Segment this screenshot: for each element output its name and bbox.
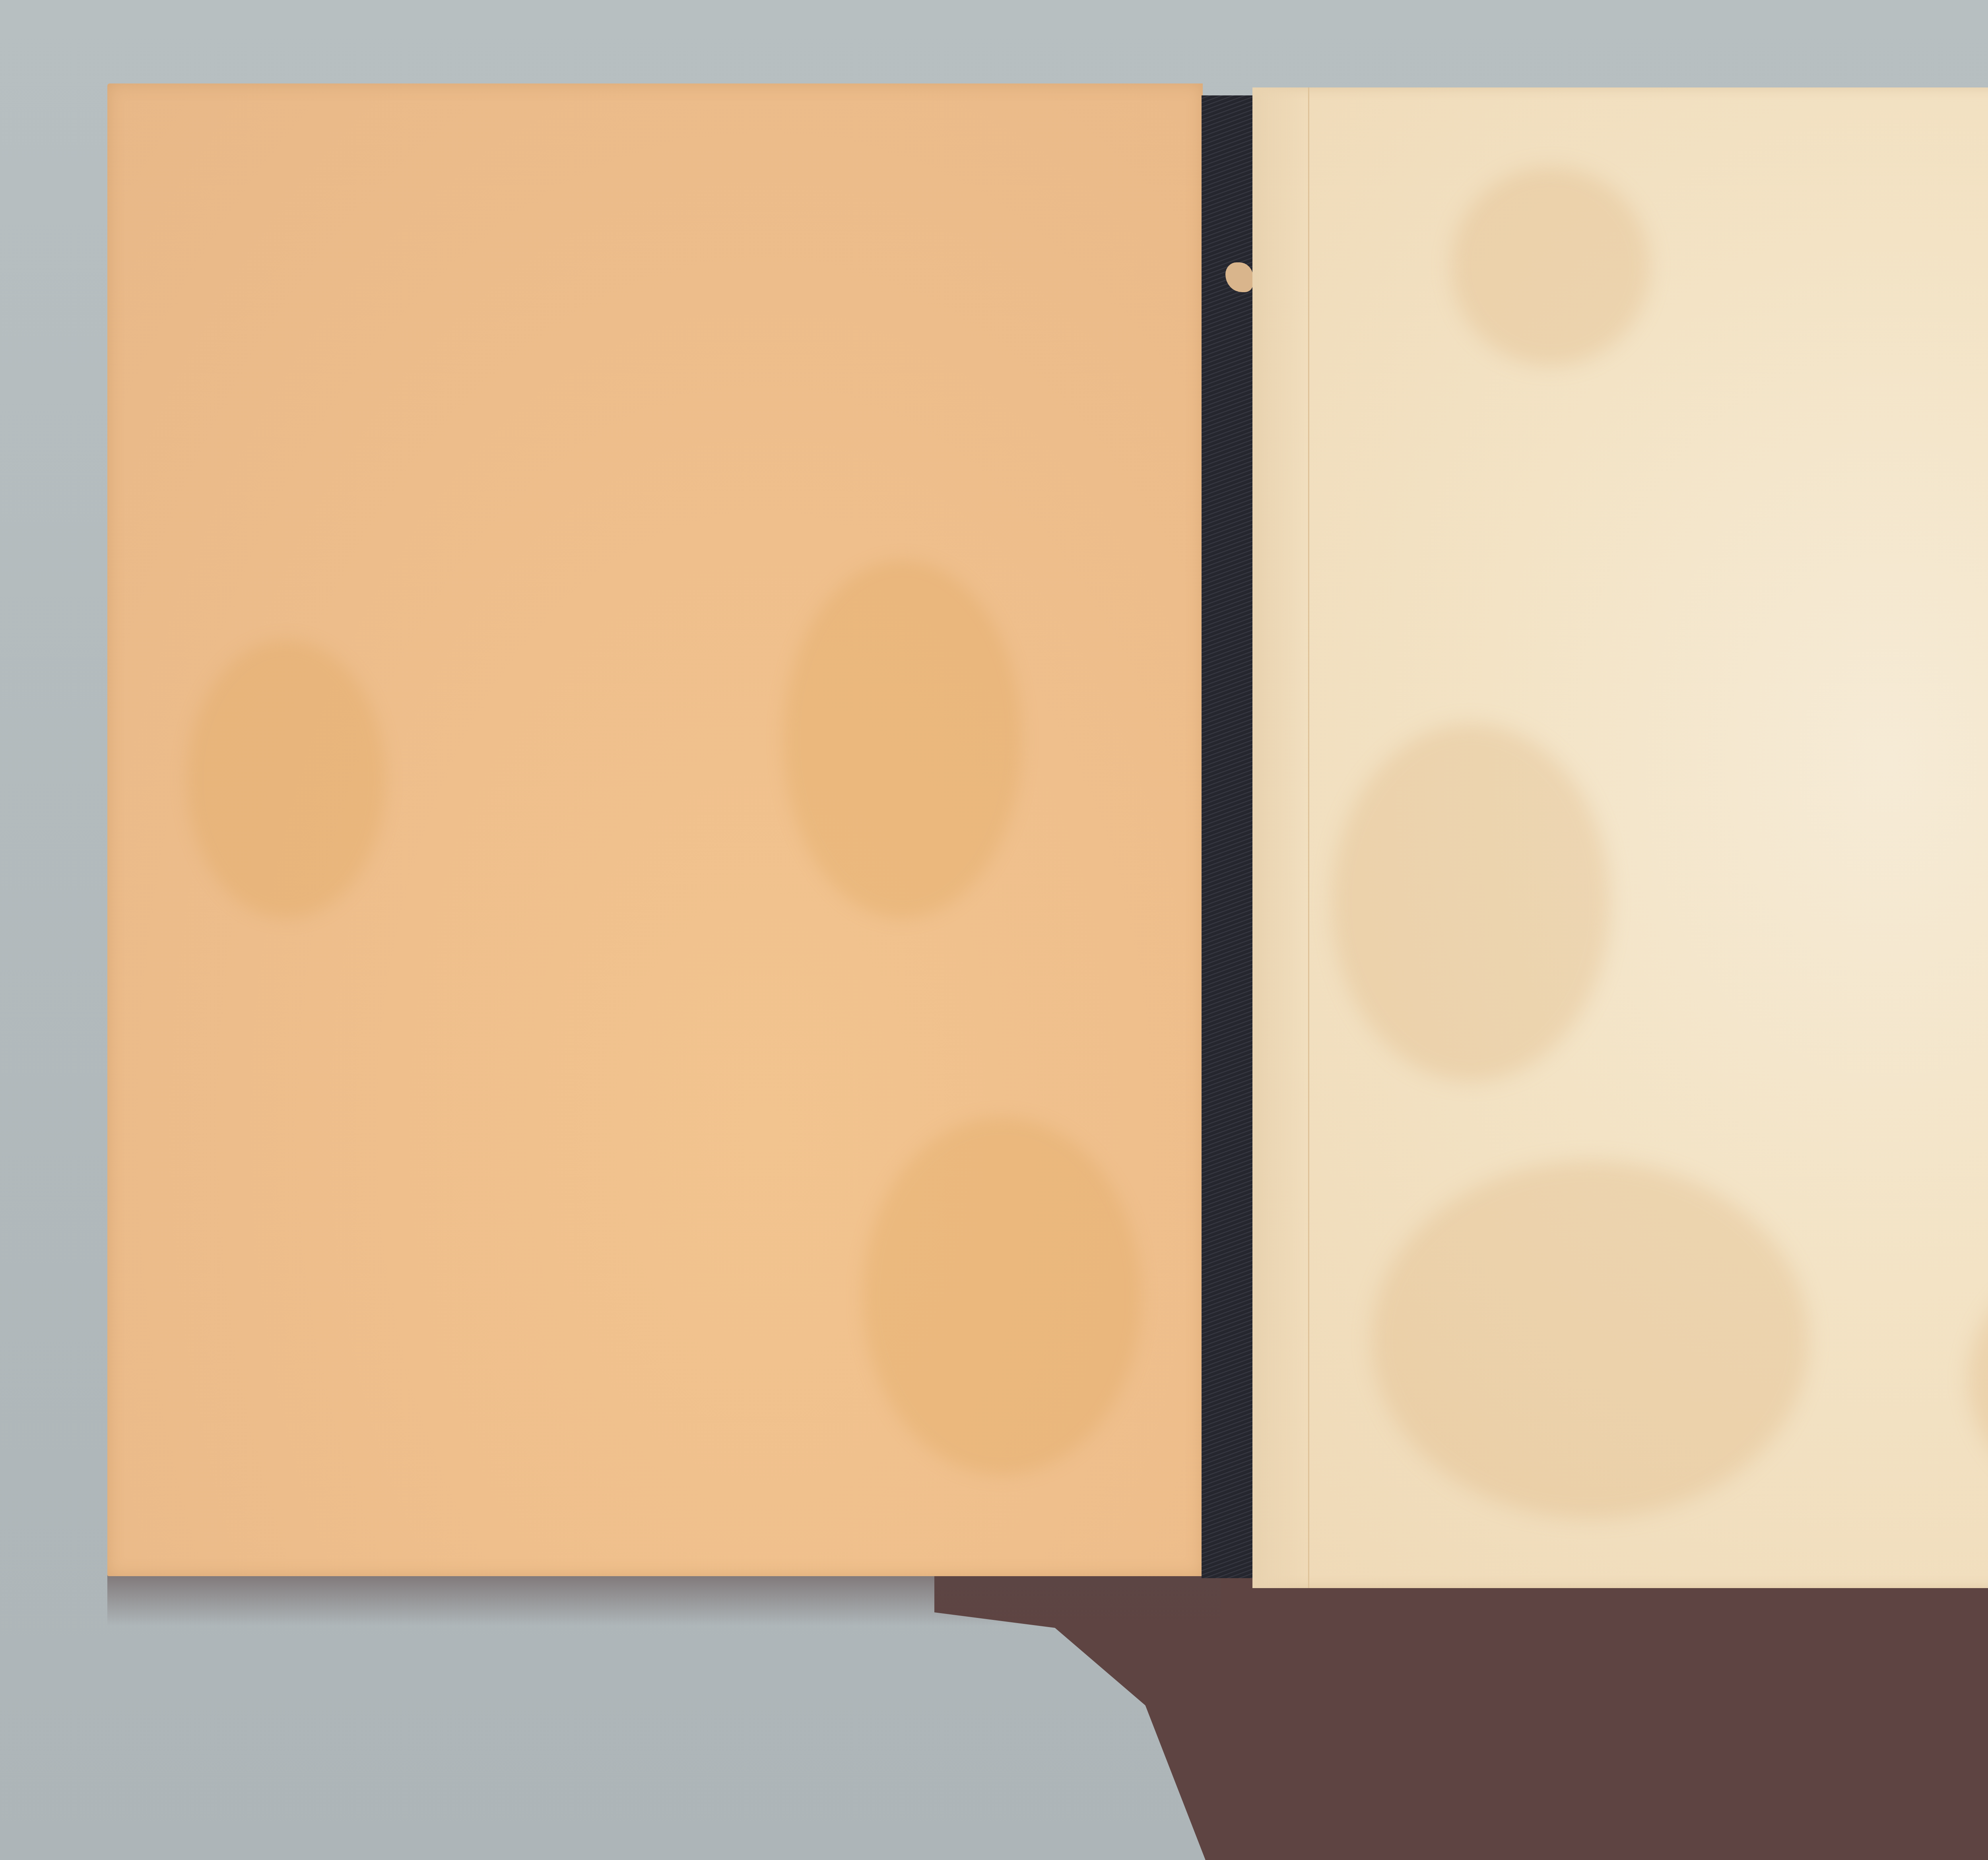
spine-tear bbox=[1225, 262, 1253, 292]
foxing-stain bbox=[1332, 723, 1610, 1081]
foxing-stain bbox=[1372, 1161, 1809, 1519]
right-blank-page bbox=[1252, 87, 1988, 1588]
stain bbox=[187, 640, 386, 918]
left-endpaper bbox=[107, 83, 1203, 1576]
stain bbox=[863, 1117, 1141, 1475]
foxing-stain bbox=[1451, 167, 1650, 366]
page-gutter bbox=[1252, 87, 1309, 1588]
foxing-stain bbox=[1968, 1240, 1988, 1519]
left-cover-shadow bbox=[107, 1570, 1221, 1626]
stain bbox=[783, 561, 1022, 918]
book-spine-cloth bbox=[1202, 95, 1252, 1578]
